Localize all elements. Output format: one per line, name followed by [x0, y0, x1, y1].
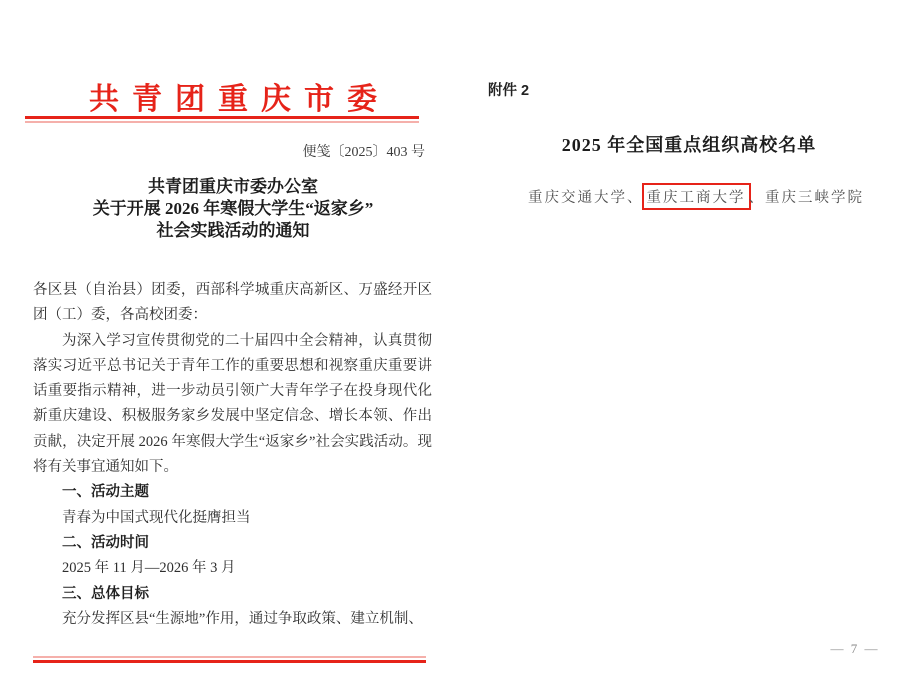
section-heading-3: 三、总体目标 — [33, 582, 432, 607]
page-number: — 7 — — [805, 641, 905, 657]
section-content-2: 2025 年 11 月—2026 年 3 月 — [33, 556, 432, 581]
document-body: 各区县（自治县）团委，西部科学城重庆高新区、万盛经开区团（工）委，各高校团委： … — [33, 278, 432, 632]
section-heading-1: 一、活动主题 — [33, 480, 432, 505]
attachment-title: 2025 年全国重点组织高校名单 — [488, 131, 890, 157]
document-canvas: 共青团重庆市委 便笺〔2025〕403 号 共青团重庆市委办公室 关于开展 20… — [0, 0, 922, 692]
university-name-2-highlight-box: 重庆工商大学 — [642, 183, 751, 210]
document-title-line1: 共青团重庆市委办公室 — [33, 176, 433, 198]
list-separator: 、 — [749, 190, 766, 206]
letterhead-title: 共青团重庆市委 — [33, 74, 433, 118]
document-title: 共青团重庆市委办公室 关于开展 2026 年寒假大学生“返家乡” 社会实践活动的… — [33, 176, 433, 242]
document-title-line2: 关于开展 2026 年寒假大学生“返家乡” — [33, 198, 433, 220]
attachment-label: 附件 2 — [488, 79, 529, 100]
opening-paragraph: 为深入学习宣传贯彻党的二十届四中全会精神，认真贯彻落实习近平总书记关于青年工作的… — [33, 329, 432, 481]
section-heading-2: 二、活动时间 — [33, 531, 432, 556]
section-content-3: 充分发挥区县“生源地”作用，通过争取政策、建立机制、 — [33, 607, 432, 632]
letterhead-double-rule — [25, 116, 419, 123]
university-name-1: 重庆交通大学 — [528, 190, 627, 206]
salutation-paragraph: 各区县（自治县）团委，西部科学城重庆高新区、万盛经开区团（工）委，各高校团委： — [33, 278, 432, 329]
document-number: 便笺〔2025〕403 号 — [33, 141, 425, 161]
university-list: 重庆交通大学、重庆工商大学、重庆三峡学院 — [528, 186, 864, 207]
section-content-1: 青春为中国式现代化挺膺担当 — [33, 506, 432, 531]
document-title-line3: 社会实践活动的通知 — [33, 220, 433, 242]
footer-double-rule — [33, 656, 426, 663]
university-name-3: 重庆三峡学院 — [765, 190, 864, 206]
